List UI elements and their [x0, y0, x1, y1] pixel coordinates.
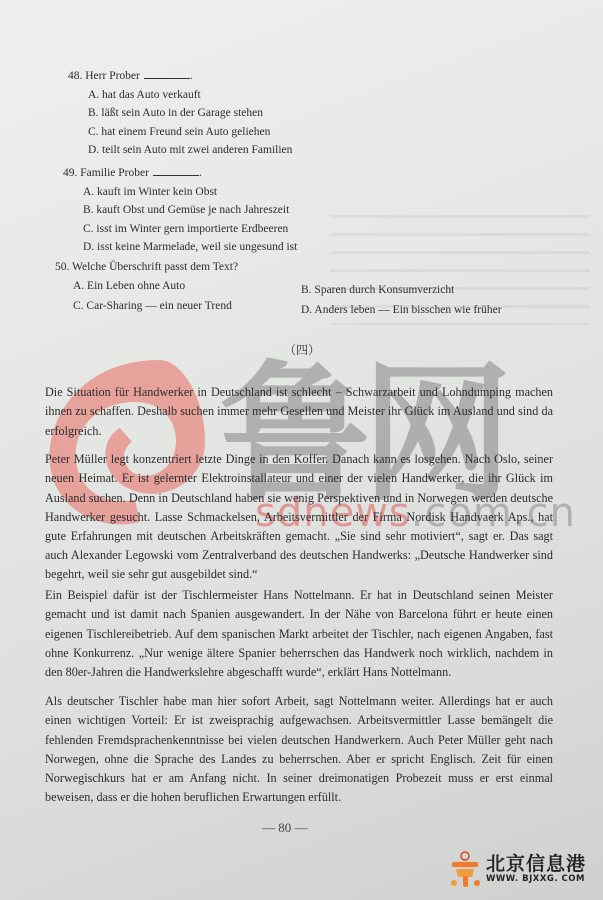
- paragraph-2: Peter Müller legt konzentriert letzte Di…: [45, 450, 553, 584]
- option-c: C. isst im Winter gern importierte Erdbe…: [63, 220, 297, 239]
- page-number: — 80 —: [262, 820, 308, 836]
- question-50: 50. Welche Überschrift passt dem Text? A…: [55, 258, 535, 316]
- option-d: D. teilt sein Auto mit zwei anderen Fami…: [68, 141, 292, 160]
- option-b: B. kauft Obst und Gemüse je nach Jahresz…: [63, 201, 297, 220]
- option-d: D. isst keine Marmelade, weil sie ungesu…: [63, 238, 297, 257]
- paragraph-3: Ein Beispiel dafür ist der Tischlermeist…: [45, 586, 553, 682]
- bjxxg-logo: 北京信息港 WWW. BJXXG. COM: [448, 850, 586, 888]
- question-stem: 50. Welche Überschrift passt dem Text?: [55, 258, 535, 277]
- option-a: A. kauft im Winter kein Obst: [63, 183, 297, 202]
- answer-blank: [153, 165, 199, 176]
- logo-mark-icon: [448, 850, 482, 888]
- question-stem: 49. Familie Prober.: [63, 164, 297, 183]
- option-a: A. hat das Auto verkauft: [68, 86, 292, 105]
- option-d: D. Anders leben — Ein bisschen wie frühe…: [301, 301, 551, 320]
- question-49: 49. Familie Prober. A. kauft im Winter k…: [63, 164, 297, 257]
- question-48: 48. Herr Prober. A. hat das Auto verkauf…: [68, 67, 292, 160]
- option-a: A. Ein Leben ohne Auto: [73, 277, 301, 296]
- question-stem: 48. Herr Prober.: [68, 67, 292, 86]
- logo-url: WWW. BJXXG. COM: [486, 874, 586, 884]
- option-c: C. Car-Sharing — ein neuer Trend: [73, 297, 301, 316]
- options-grid: A. Ein Leben ohne Auto B. Sparen durch K…: [55, 277, 535, 316]
- option-c: C. hat einem Freund sein Auto geliehen: [68, 123, 292, 142]
- section-heading: （四）: [284, 341, 320, 358]
- logo-name: 北京信息港: [486, 854, 586, 874]
- scanned-exam-page: 鲁网 sdnews.com.cn 48. Herr Prober. A. hat…: [0, 0, 603, 900]
- option-b: B. läßt sein Auto in der Garage stehen: [68, 104, 292, 123]
- option-b: B. Sparen durch Konsumverzicht: [301, 281, 551, 300]
- paragraph-4: Als deutscher Tischler habe man hier sof…: [45, 692, 553, 807]
- answer-blank: [144, 68, 190, 79]
- paragraph-1: Die Situation für Handwerker in Deutschl…: [45, 383, 553, 441]
